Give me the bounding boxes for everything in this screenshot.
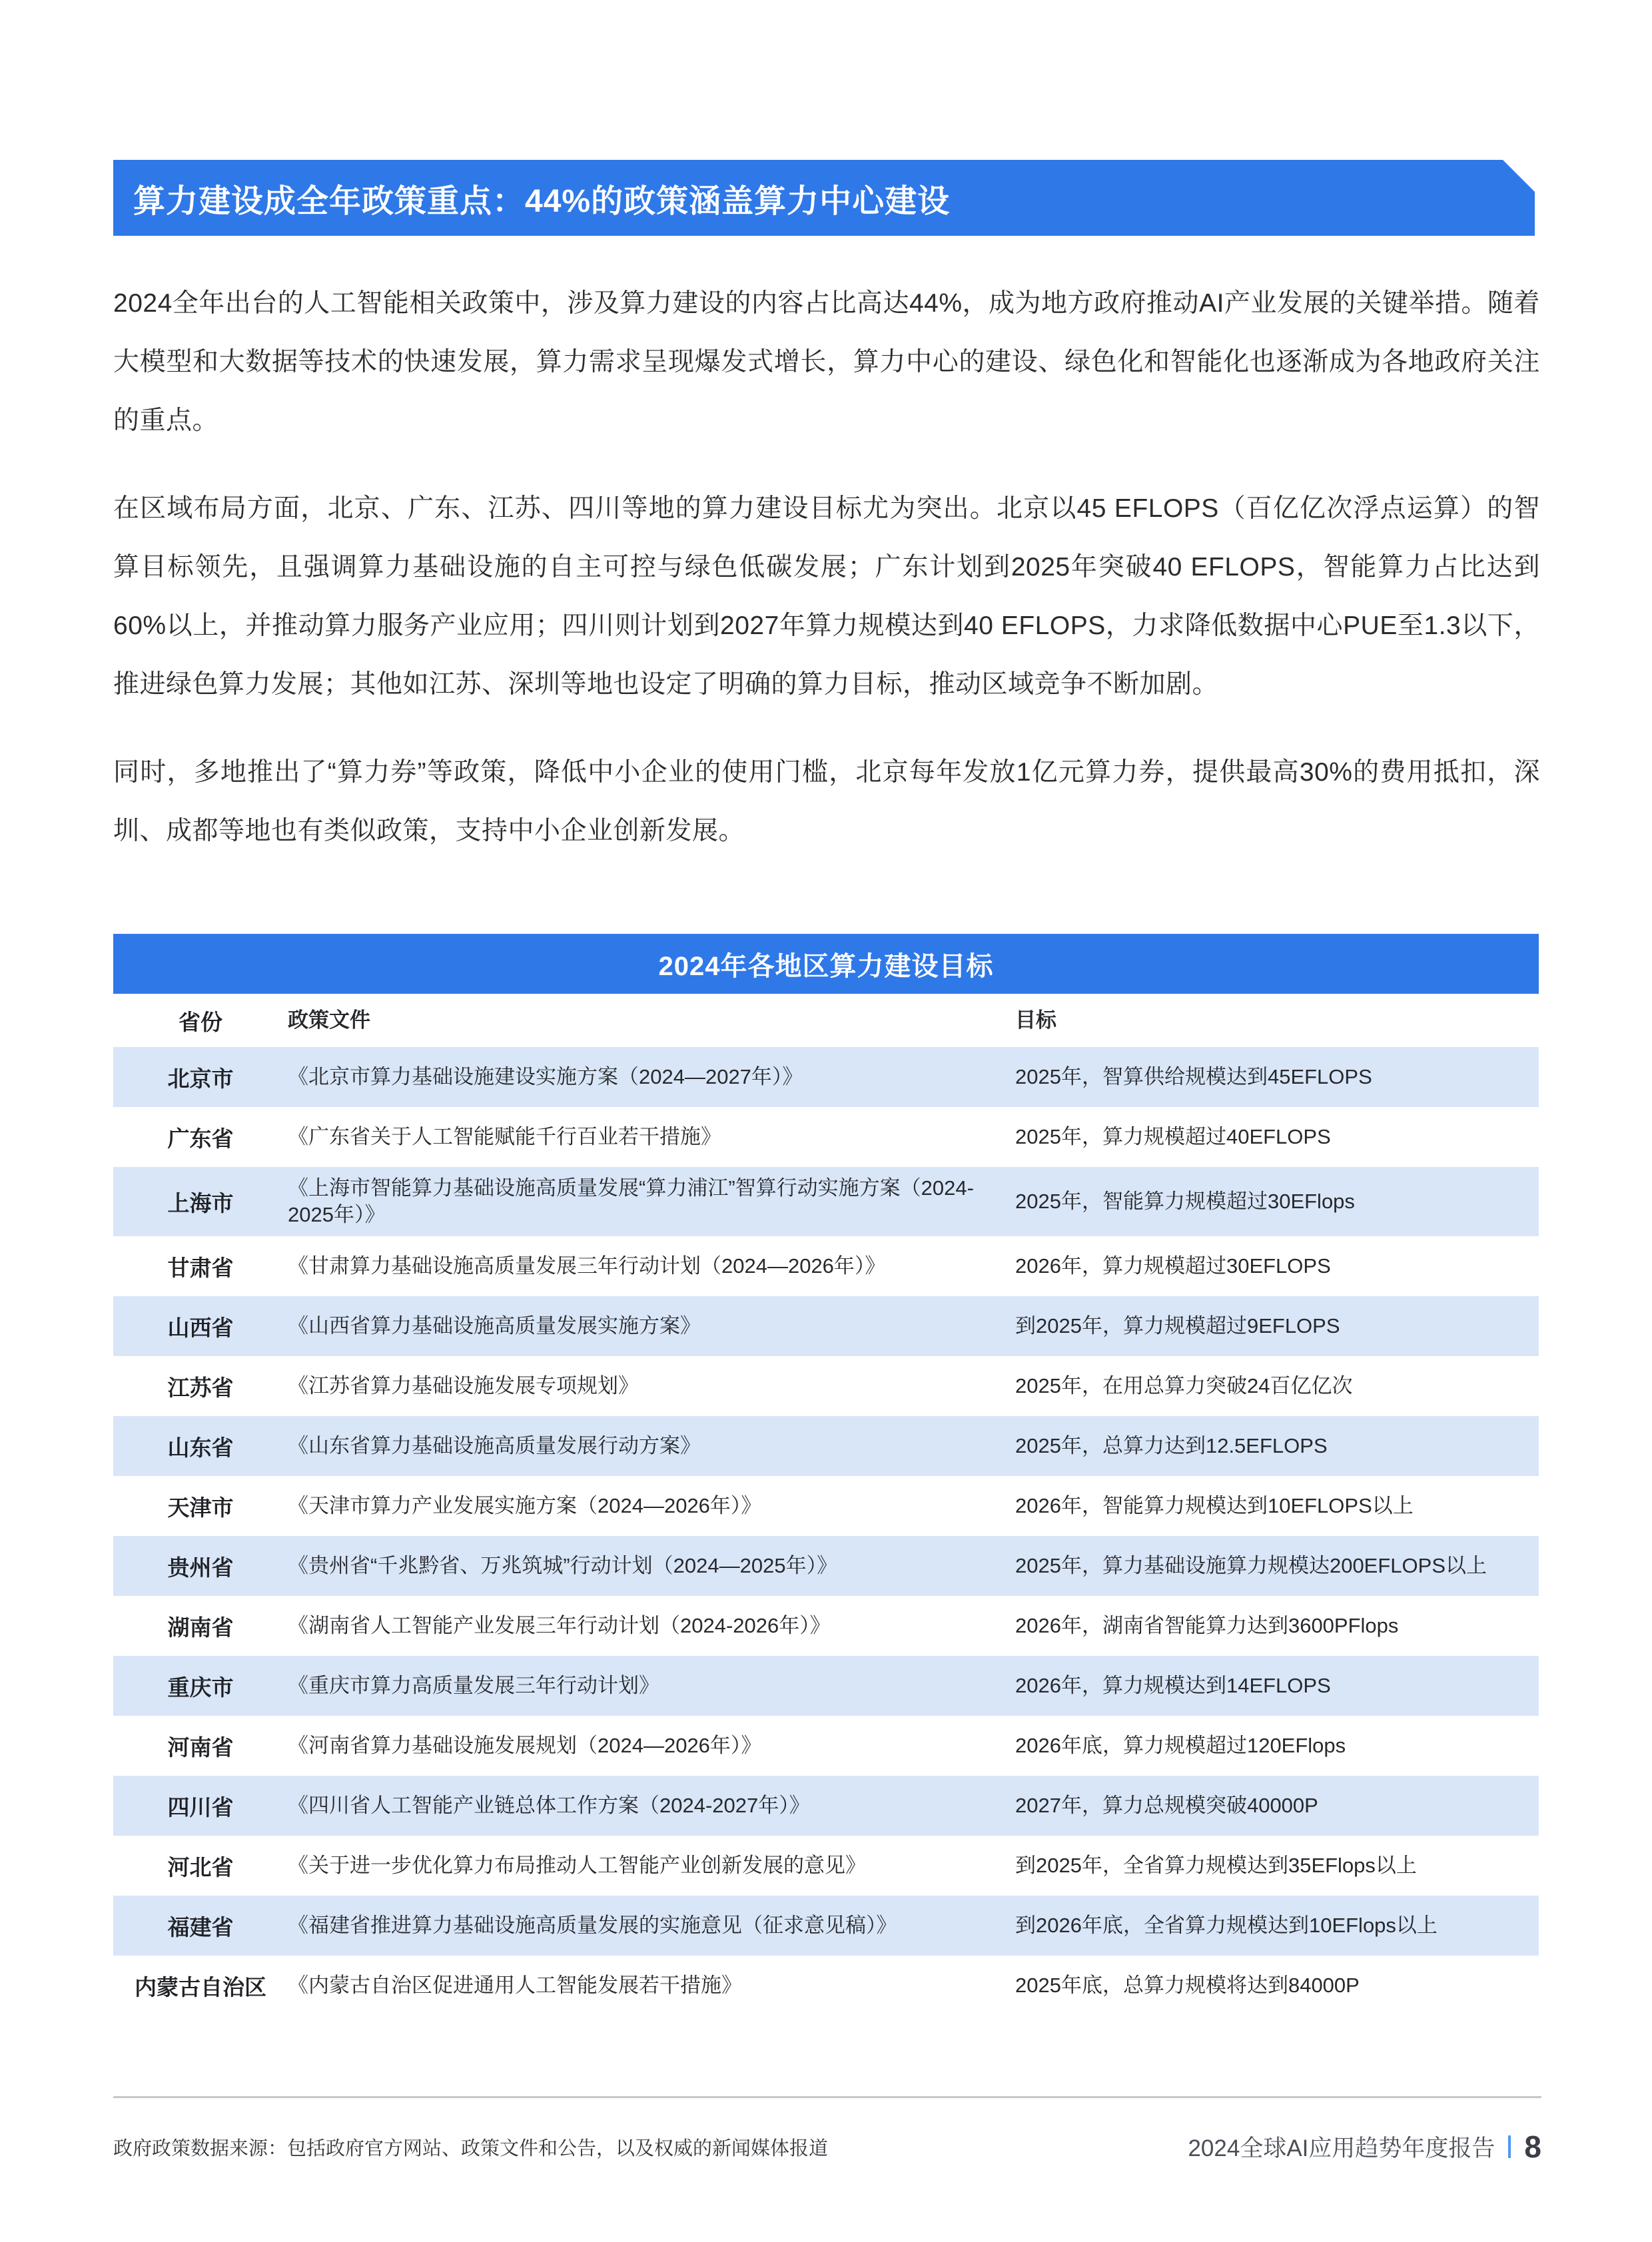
policy-cell: 《山东省算力基础设施高质量发展行动方案》 (288, 1425, 1015, 1467)
table-row: 四川省 《四川省人工智能产业链总体工作方案（2024-2027年）》 2027年… (113, 1776, 1539, 1836)
province-cell: 四川省 (113, 1784, 288, 1828)
policy-cell: 《甘肃算力基础设施高质量发展三年行动计划（2024—2026年）》 (288, 1245, 1015, 1288)
table-row: 甘肃省 《甘肃算力基础设施高质量发展三年行动计划（2024—2026年）》 20… (113, 1236, 1539, 1296)
table-row: 内蒙古自治区 《内蒙古自治区促进通用人工智能发展若干措施》 2025年底，总算力… (113, 1956, 1539, 2016)
policy-cell: 《四川省人工智能产业链总体工作方案（2024-2027年）》 (288, 1784, 1015, 1827)
province-cell: 内蒙古自治区 (113, 1964, 288, 2008)
target-cell: 2025年底，总算力规模将达到84000P (1015, 1964, 1539, 2007)
section-title: 算力建设成全年政策重点：44%的政策涵盖算力中心建设 (113, 175, 950, 221)
table-row: 山东省 《山东省算力基础设施高质量发展行动方案》 2025年，总算力达到12.5… (113, 1416, 1539, 1476)
target-cell: 2026年，算力规模达到14EFLOPS (1015, 1665, 1539, 1707)
target-cell: 到2026年底，全省算力规模达到10EFlops以上 (1015, 1904, 1539, 1947)
target-cell: 到2025年，全省算力规模达到35EFlops以上 (1015, 1844, 1539, 1887)
policy-cell: 《上海市智能算力基础设施高质量发展“算力浦江”智算行动实施方案（2024-202… (288, 1167, 1015, 1236)
target-cell: 2026年，湖南省智能算力达到3600PFlops (1015, 1605, 1539, 1647)
province-cell: 湖南省 (113, 1604, 288, 1649)
policy-cell: 《河南省算力基础设施发展规划（2024—2026年）》 (288, 1724, 1015, 1767)
target-cell: 2025年，智能算力规模超过30EFlops (1015, 1180, 1539, 1223)
report-title: 2024全球AI应用趋势年度报告 (1188, 2130, 1495, 2163)
province-cell: 北京市 (113, 1055, 288, 1100)
table-body: 北京市 《北京市算力基础设施建设实施方案（2024—2027年）》 2025年，… (113, 1047, 1539, 2016)
policy-cell: 《北京市算力基础设施建设实施方案（2024—2027年）》 (288, 1056, 1015, 1098)
province-cell: 天津市 (113, 1484, 288, 1529)
policy-cell: 《江苏省算力基础设施发展专项规划》 (288, 1365, 1015, 1407)
table-row: 上海市 《上海市智能算力基础设施高质量发展“算力浦江”智算行动实施方案（2024… (113, 1167, 1539, 1236)
target-cell: 2026年底，算力规模超过120EFlops (1015, 1724, 1539, 1767)
policy-cell: 《福建省推进算力基础设施高质量发展的实施意见（征求意见稿）》 (288, 1904, 1015, 1947)
table-row: 湖南省 《湖南省人工智能产业发展三年行动计划（2024-2026年）》 2026… (113, 1596, 1539, 1656)
province-cell: 河南省 (113, 1724, 288, 1768)
target-cell: 2025年，在用总算力突破24百亿亿次 (1015, 1365, 1539, 1407)
policy-cell: 《关于进一步优化算力布局推动人工智能产业创新发展的意见》 (288, 1844, 1015, 1887)
column-header-province: 省份 (113, 998, 288, 1043)
column-header-policy: 政策文件 (288, 999, 1015, 1042)
province-cell: 山东省 (113, 1424, 288, 1469)
table-row: 河北省 《关于进一步优化算力布局推动人工智能产业创新发展的意见》 到2025年，… (113, 1836, 1539, 1896)
target-cell: 2026年，算力规模超过30EFLOPS (1015, 1245, 1539, 1288)
table-title-bar: 2024年各地区算力建设目标 (113, 934, 1539, 994)
table-row: 山西省 《山西省算力基础设施高质量发展实施方案》 到2025年，算力规模超过9E… (113, 1296, 1539, 1356)
paragraph-2: 在区域布局方面，北京、广东、江苏、四川等地的算力建设目标尤为突出。北京以45 E… (113, 480, 1540, 714)
policy-cell: 《内蒙古自治区促进通用人工智能发展若干措施》 (288, 1964, 1015, 2007)
paragraph-1: 2024全年出台的人工智能相关政策中，涉及算力建设的内容占比高达44%，成为地方… (113, 274, 1540, 450)
province-cell: 江苏省 (113, 1364, 288, 1409)
policy-cell: 《广东省关于人工智能赋能千行百业若干措施》 (288, 1116, 1015, 1158)
table-row: 天津市 《天津市算力产业发展实施方案（2024—2026年）》 2026年，智能… (113, 1476, 1539, 1536)
footer: 政府政策数据来源：包括政府官方网站、政策文件和公告，以及权威的新闻媒体报道 20… (113, 2117, 1541, 2177)
table-row: 贵州省 《贵州省“千兆黔省、万兆筑城”行动计划（2024—2025年）》 202… (113, 1536, 1539, 1596)
policy-cell: 《重庆市算力高质量发展三年行动计划》 (288, 1665, 1015, 1707)
section-title-banner: 算力建设成全年政策重点：44%的政策涵盖算力中心建设 (113, 160, 1535, 236)
body-text: 2024全年出台的人工智能相关政策中，涉及算力建设的内容占比高达44%，成为地方… (113, 274, 1540, 890)
province-cell: 重庆市 (113, 1664, 288, 1708)
data-source-note: 政府政策数据来源：包括政府官方网站、政策文件和公告，以及权威的新闻媒体报道 (113, 2133, 828, 2161)
report-page: 算力建设成全年政策重点：44%的政策涵盖算力中心建设 2024全年出台的人工智能… (0, 0, 1652, 2242)
province-cell: 河北省 (113, 1844, 288, 1888)
target-cell: 2025年，总算力达到12.5EFLOPS (1015, 1425, 1539, 1467)
table-row: 重庆市 《重庆市算力高质量发展三年行动计划》 2026年，算力规模达到14EFL… (113, 1656, 1539, 1716)
paragraph-3: 同时，多地推出了“算力券”等政策，降低中小企业的使用门槛，北京每年发放1亿元算力… (113, 743, 1540, 861)
province-cell: 甘肃省 (113, 1244, 288, 1289)
province-cell: 上海市 (113, 1180, 288, 1224)
table-row: 福建省 《福建省推进算力基础设施高质量发展的实施意见（征求意见稿）》 到2026… (113, 1896, 1539, 1956)
province-cell: 贵州省 (113, 1544, 288, 1589)
province-cell: 福建省 (113, 1904, 288, 1948)
target-cell: 2025年，智算供给规模达到45EFLOPS (1015, 1056, 1539, 1098)
target-cell: 2025年，算力规模超过40EFLOPS (1015, 1116, 1539, 1158)
policy-target-table: 2024年各地区算力建设目标 省份 政策文件 目标 北京市 《北京市算力基础设施… (113, 934, 1539, 2016)
footer-divider (113, 2096, 1541, 2098)
table-title: 2024年各地区算力建设目标 (659, 945, 994, 983)
province-cell: 山西省 (113, 1304, 288, 1349)
policy-cell: 《湖南省人工智能产业发展三年行动计划（2024-2026年）》 (288, 1605, 1015, 1647)
footer-bar-divider (1508, 2135, 1511, 2158)
table-row: 江苏省 《江苏省算力基础设施发展专项规划》 2025年，在用总算力突破24百亿亿… (113, 1356, 1539, 1416)
table-header-row: 省份 政策文件 目标 (113, 994, 1539, 1047)
target-cell: 2027年，算力总规模突破40000P (1015, 1784, 1539, 1827)
target-cell: 2025年，算力基础设施算力规模达200EFLOPS以上 (1015, 1545, 1539, 1587)
policy-cell: 《贵州省“千兆黔省、万兆筑城”行动计划（2024—2025年）》 (288, 1545, 1015, 1587)
column-header-target: 目标 (1015, 999, 1539, 1042)
table-row: 北京市 《北京市算力基础设施建设实施方案（2024—2027年）》 2025年，… (113, 1047, 1539, 1107)
table-row: 广东省 《广东省关于人工智能赋能千行百业若干措施》 2025年，算力规模超过40… (113, 1107, 1539, 1167)
target-cell: 到2025年，算力规模超过9EFLOPS (1015, 1305, 1539, 1347)
policy-cell: 《山西省算力基础设施高质量发展实施方案》 (288, 1305, 1015, 1347)
target-cell: 2026年，智能算力规模达到10EFLOPS以上 (1015, 1485, 1539, 1527)
province-cell: 广东省 (113, 1115, 288, 1160)
page-number: 8 (1524, 2129, 1541, 2165)
policy-cell: 《天津市算力产业发展实施方案（2024—2026年）》 (288, 1485, 1015, 1527)
table-row: 河南省 《河南省算力基础设施发展规划（2024—2026年）》 2026年底，算… (113, 1716, 1539, 1776)
footer-report-info: 2024全球AI应用趋势年度报告 8 (1188, 2129, 1541, 2165)
